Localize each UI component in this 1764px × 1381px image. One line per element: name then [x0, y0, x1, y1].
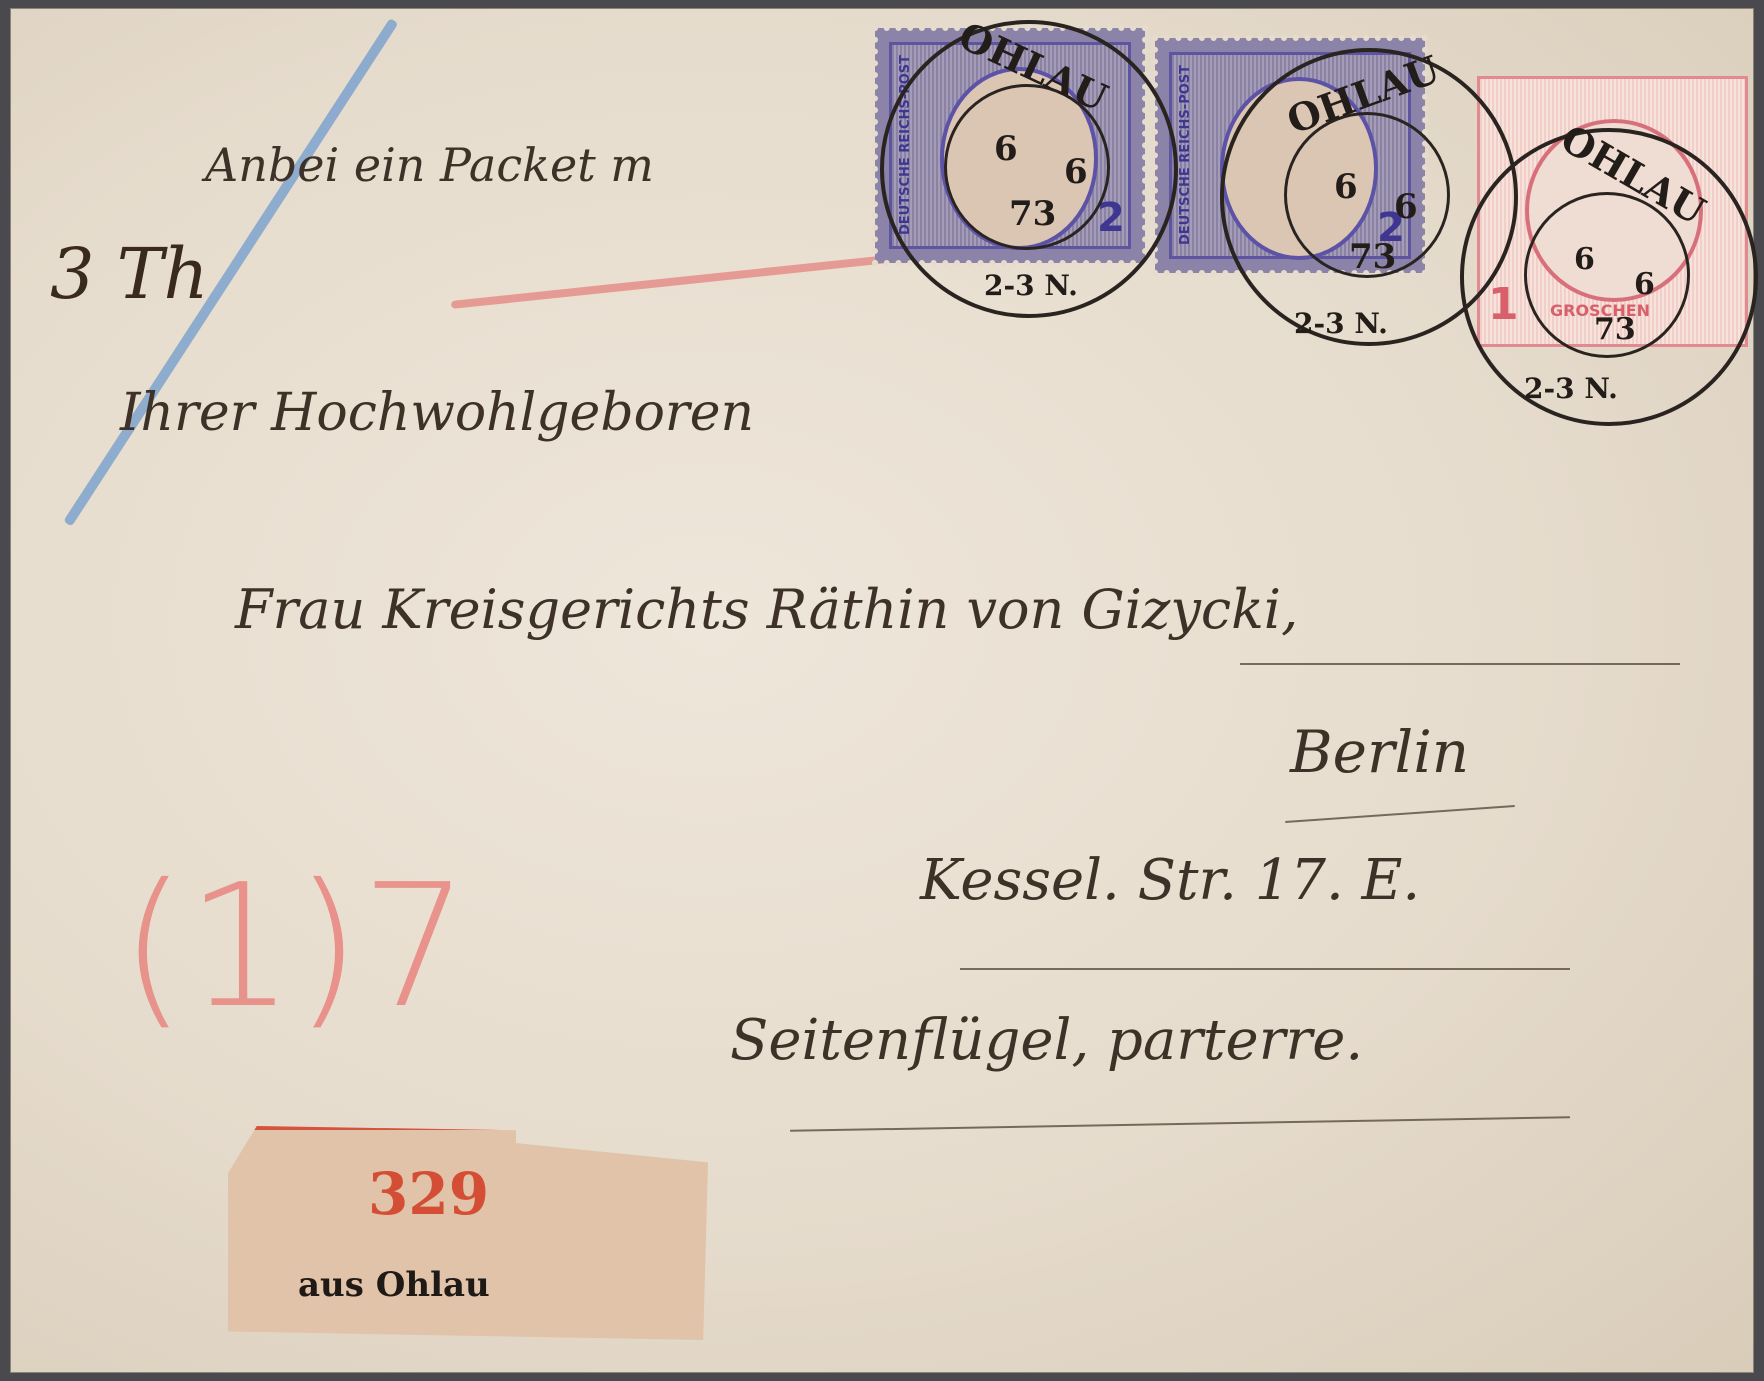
registration-number: 329	[368, 1160, 489, 1228]
handwriting-recipient: Frau Kreisgerichts Räthin von Gizycki,	[235, 578, 1298, 641]
postmark-ohlau-3: OHLAU 6 6 73 2-3 N.	[1460, 128, 1758, 426]
underline-location	[790, 1116, 1570, 1132]
handwriting-salutation: Ihrer Hochwohlgeboren	[120, 383, 754, 443]
red-crayon-line	[451, 255, 889, 309]
stamp-country: DEUTSCHE REICHS-POST	[1178, 65, 1193, 245]
underline-recipient	[1240, 663, 1680, 665]
underline-street	[960, 968, 1570, 970]
postmark-ohlau-1: OHLAU 6 6 73 2-3 N.	[880, 20, 1178, 318]
red-crayon-mark: (1)7	[120, 848, 469, 1046]
handwriting-street: Kessel. Str. 17. E.	[920, 848, 1420, 913]
handwriting-location: Seitenflügel, parterre.	[730, 1008, 1363, 1073]
handwriting-value-note: 3 Th	[50, 233, 209, 315]
registration-origin: aus Ohlau	[298, 1265, 490, 1305]
underline-city	[1285, 805, 1515, 823]
envelope: Anbei ein Packet m 3 Th Ihrer Hochwohlge…	[10, 8, 1754, 1373]
registration-label: 329 aus Ohlau	[228, 1126, 708, 1340]
handwriting-line1: Anbei ein Packet m	[205, 138, 654, 192]
handwriting-city: Berlin	[1290, 718, 1469, 786]
